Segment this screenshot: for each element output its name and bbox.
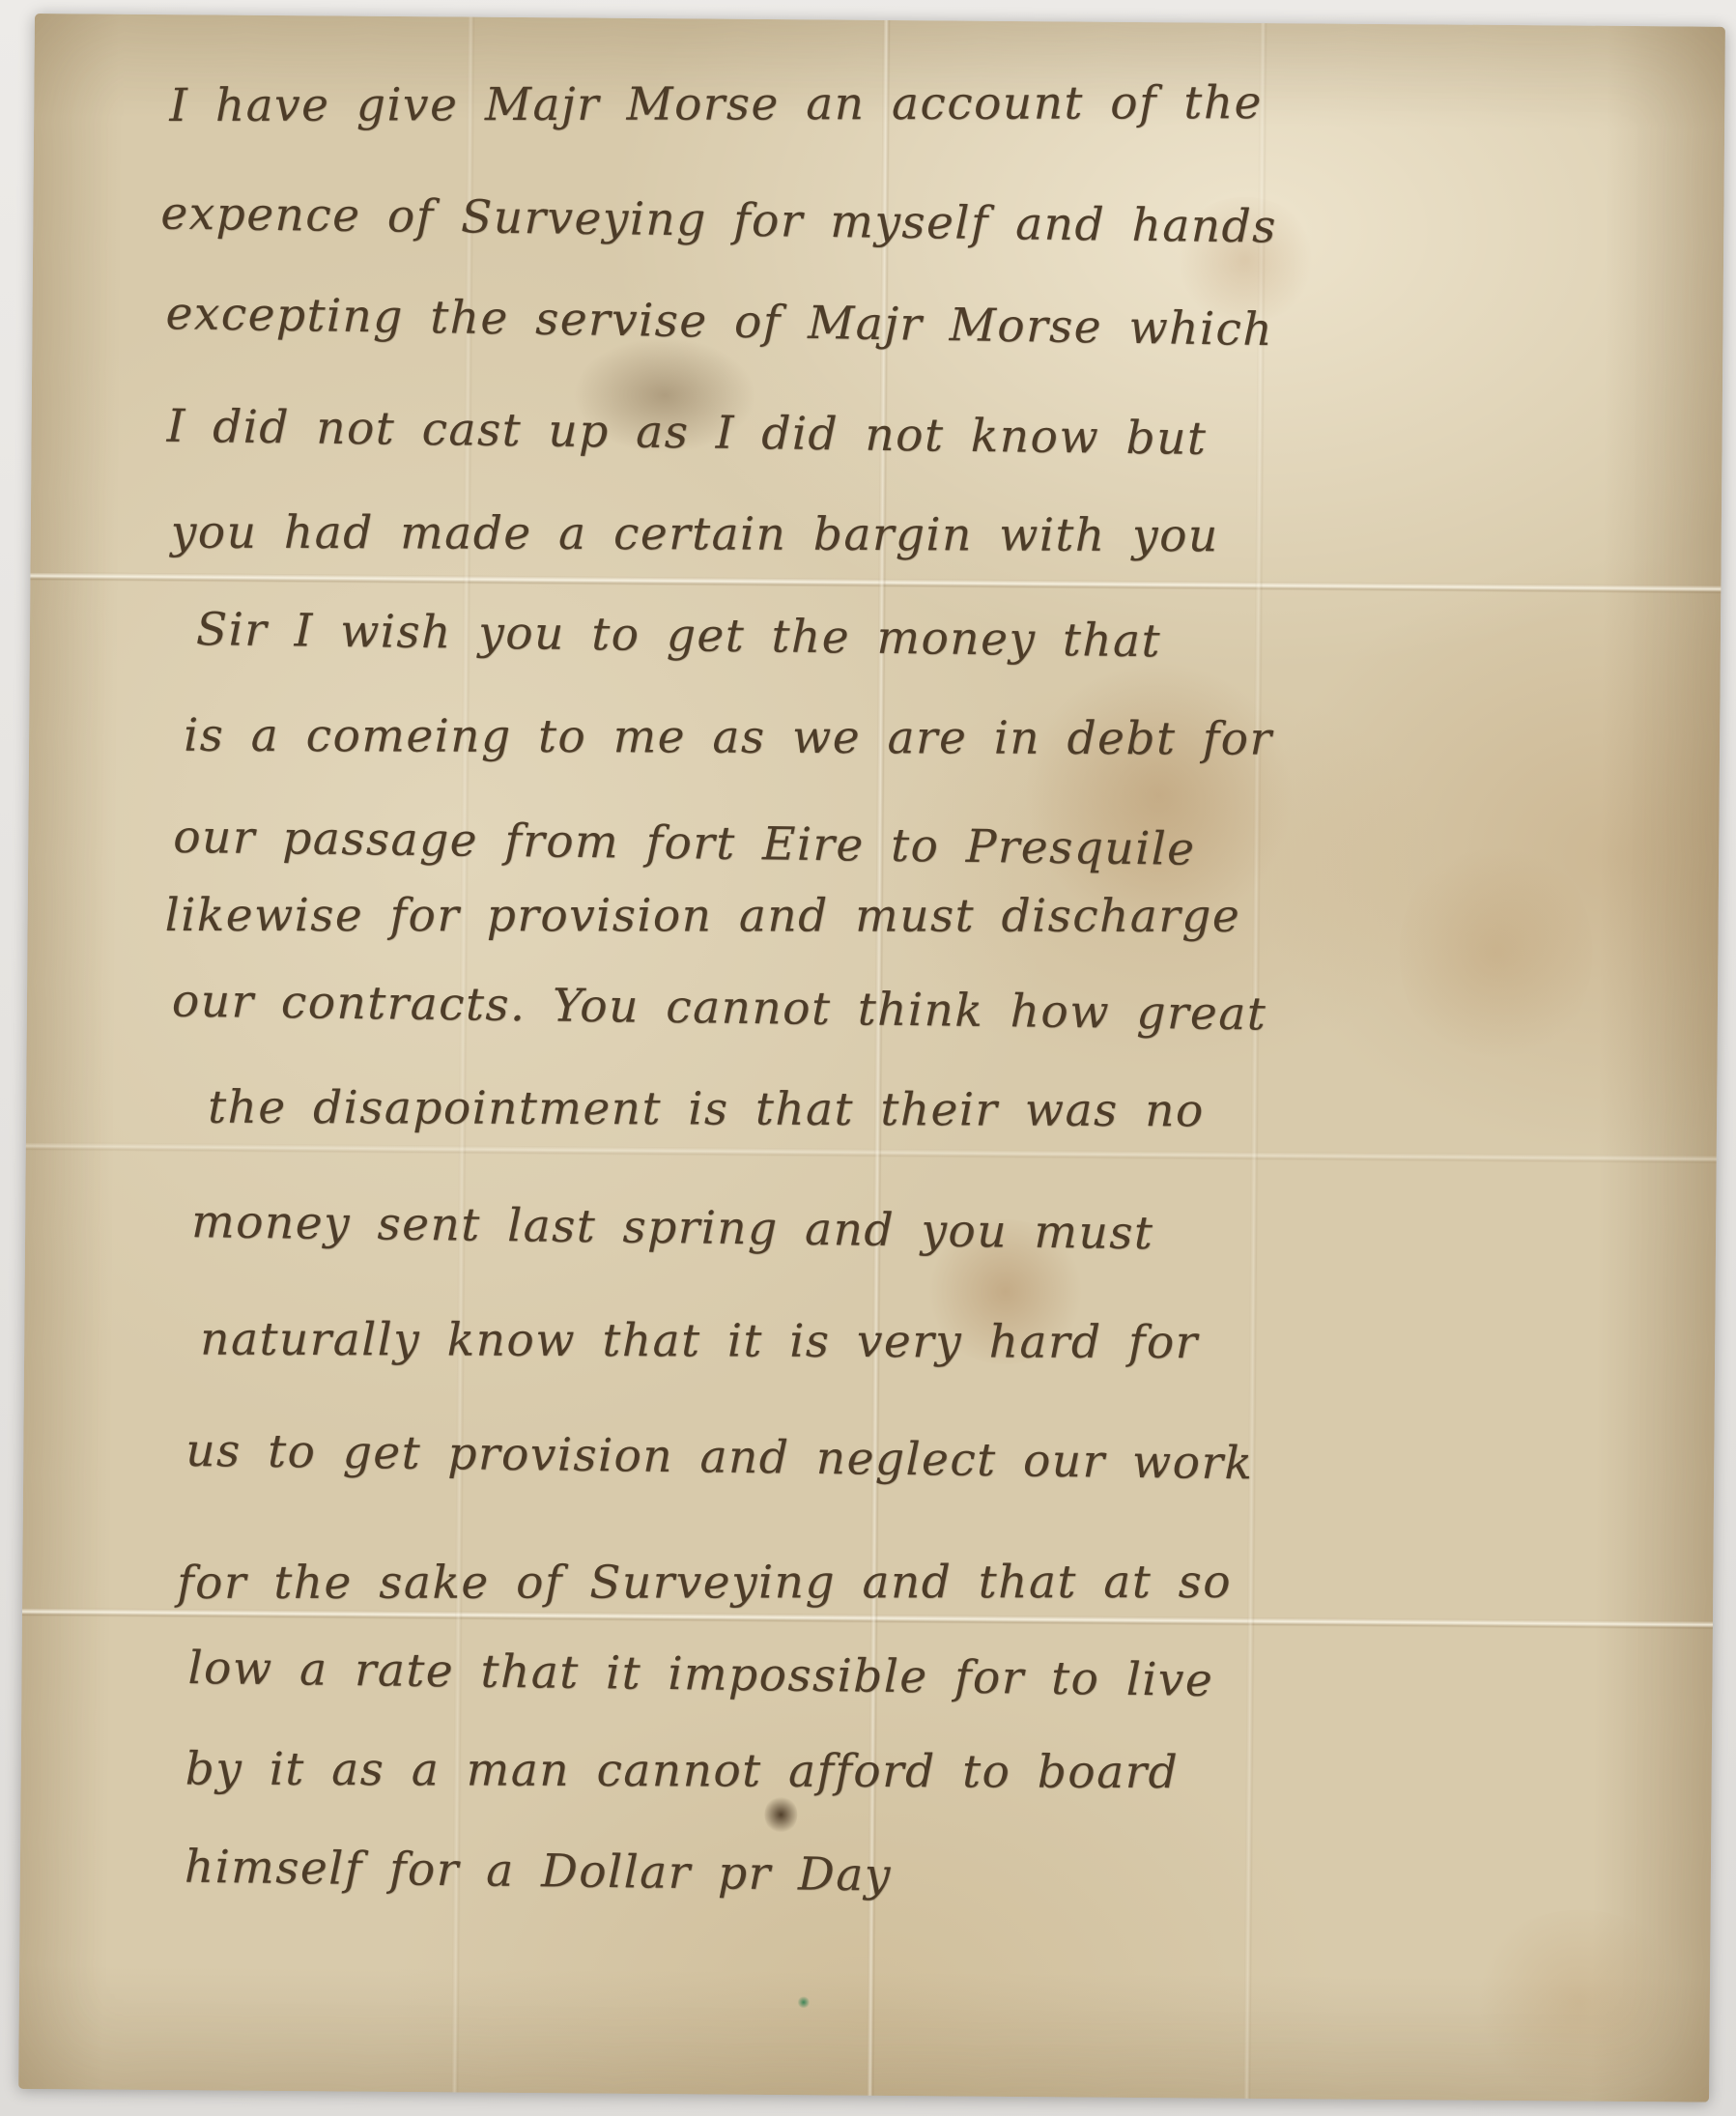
letter-line: our passage from fort Eire to Presquile bbox=[173, 811, 1196, 876]
letter-line: our contracts. You cannot think how grea… bbox=[172, 975, 1267, 1042]
letter-line: Sir I wish you to get the money that bbox=[196, 603, 1162, 668]
letter-line: himself for a Dollar pr Day bbox=[185, 1841, 893, 1902]
letter-line: I have give Majr Morse an account of the bbox=[169, 76, 1263, 132]
letter-line: low a rate that it impossible for to liv… bbox=[187, 1642, 1213, 1707]
letter-line: by it as a man cannot afford to board bbox=[185, 1743, 1180, 1800]
photo-background: I have give Majr Morse an account of the… bbox=[0, 0, 1736, 2116]
letter-line: likewise for provision and must discharg… bbox=[165, 889, 1241, 943]
letter-text: I have give Majr Morse an account of the… bbox=[18, 14, 1725, 2102]
letter-line: the disapointment is that their was no bbox=[208, 1081, 1205, 1138]
letter-line: money sent last spring and you must bbox=[191, 1195, 1154, 1260]
letter-line: you had made a certain bargin with you bbox=[171, 505, 1219, 562]
letter-line: I did not cast up as I did not know but bbox=[166, 400, 1207, 466]
letter-line: is a comeing to me as we are in debt for bbox=[184, 709, 1273, 766]
letter-line: excepting the servise of Majr Morse whic… bbox=[165, 287, 1273, 357]
letter-line: expence of Surveying for myself and hand… bbox=[160, 187, 1277, 254]
letter-line: naturally know that it is very hard for bbox=[200, 1313, 1199, 1370]
letter-paper: I have give Majr Morse an account of the… bbox=[18, 14, 1725, 2102]
letter-line: for the sake of Surveying and that at so bbox=[177, 1556, 1232, 1610]
letter-line: us to get provision and neglect our work bbox=[185, 1424, 1254, 1490]
